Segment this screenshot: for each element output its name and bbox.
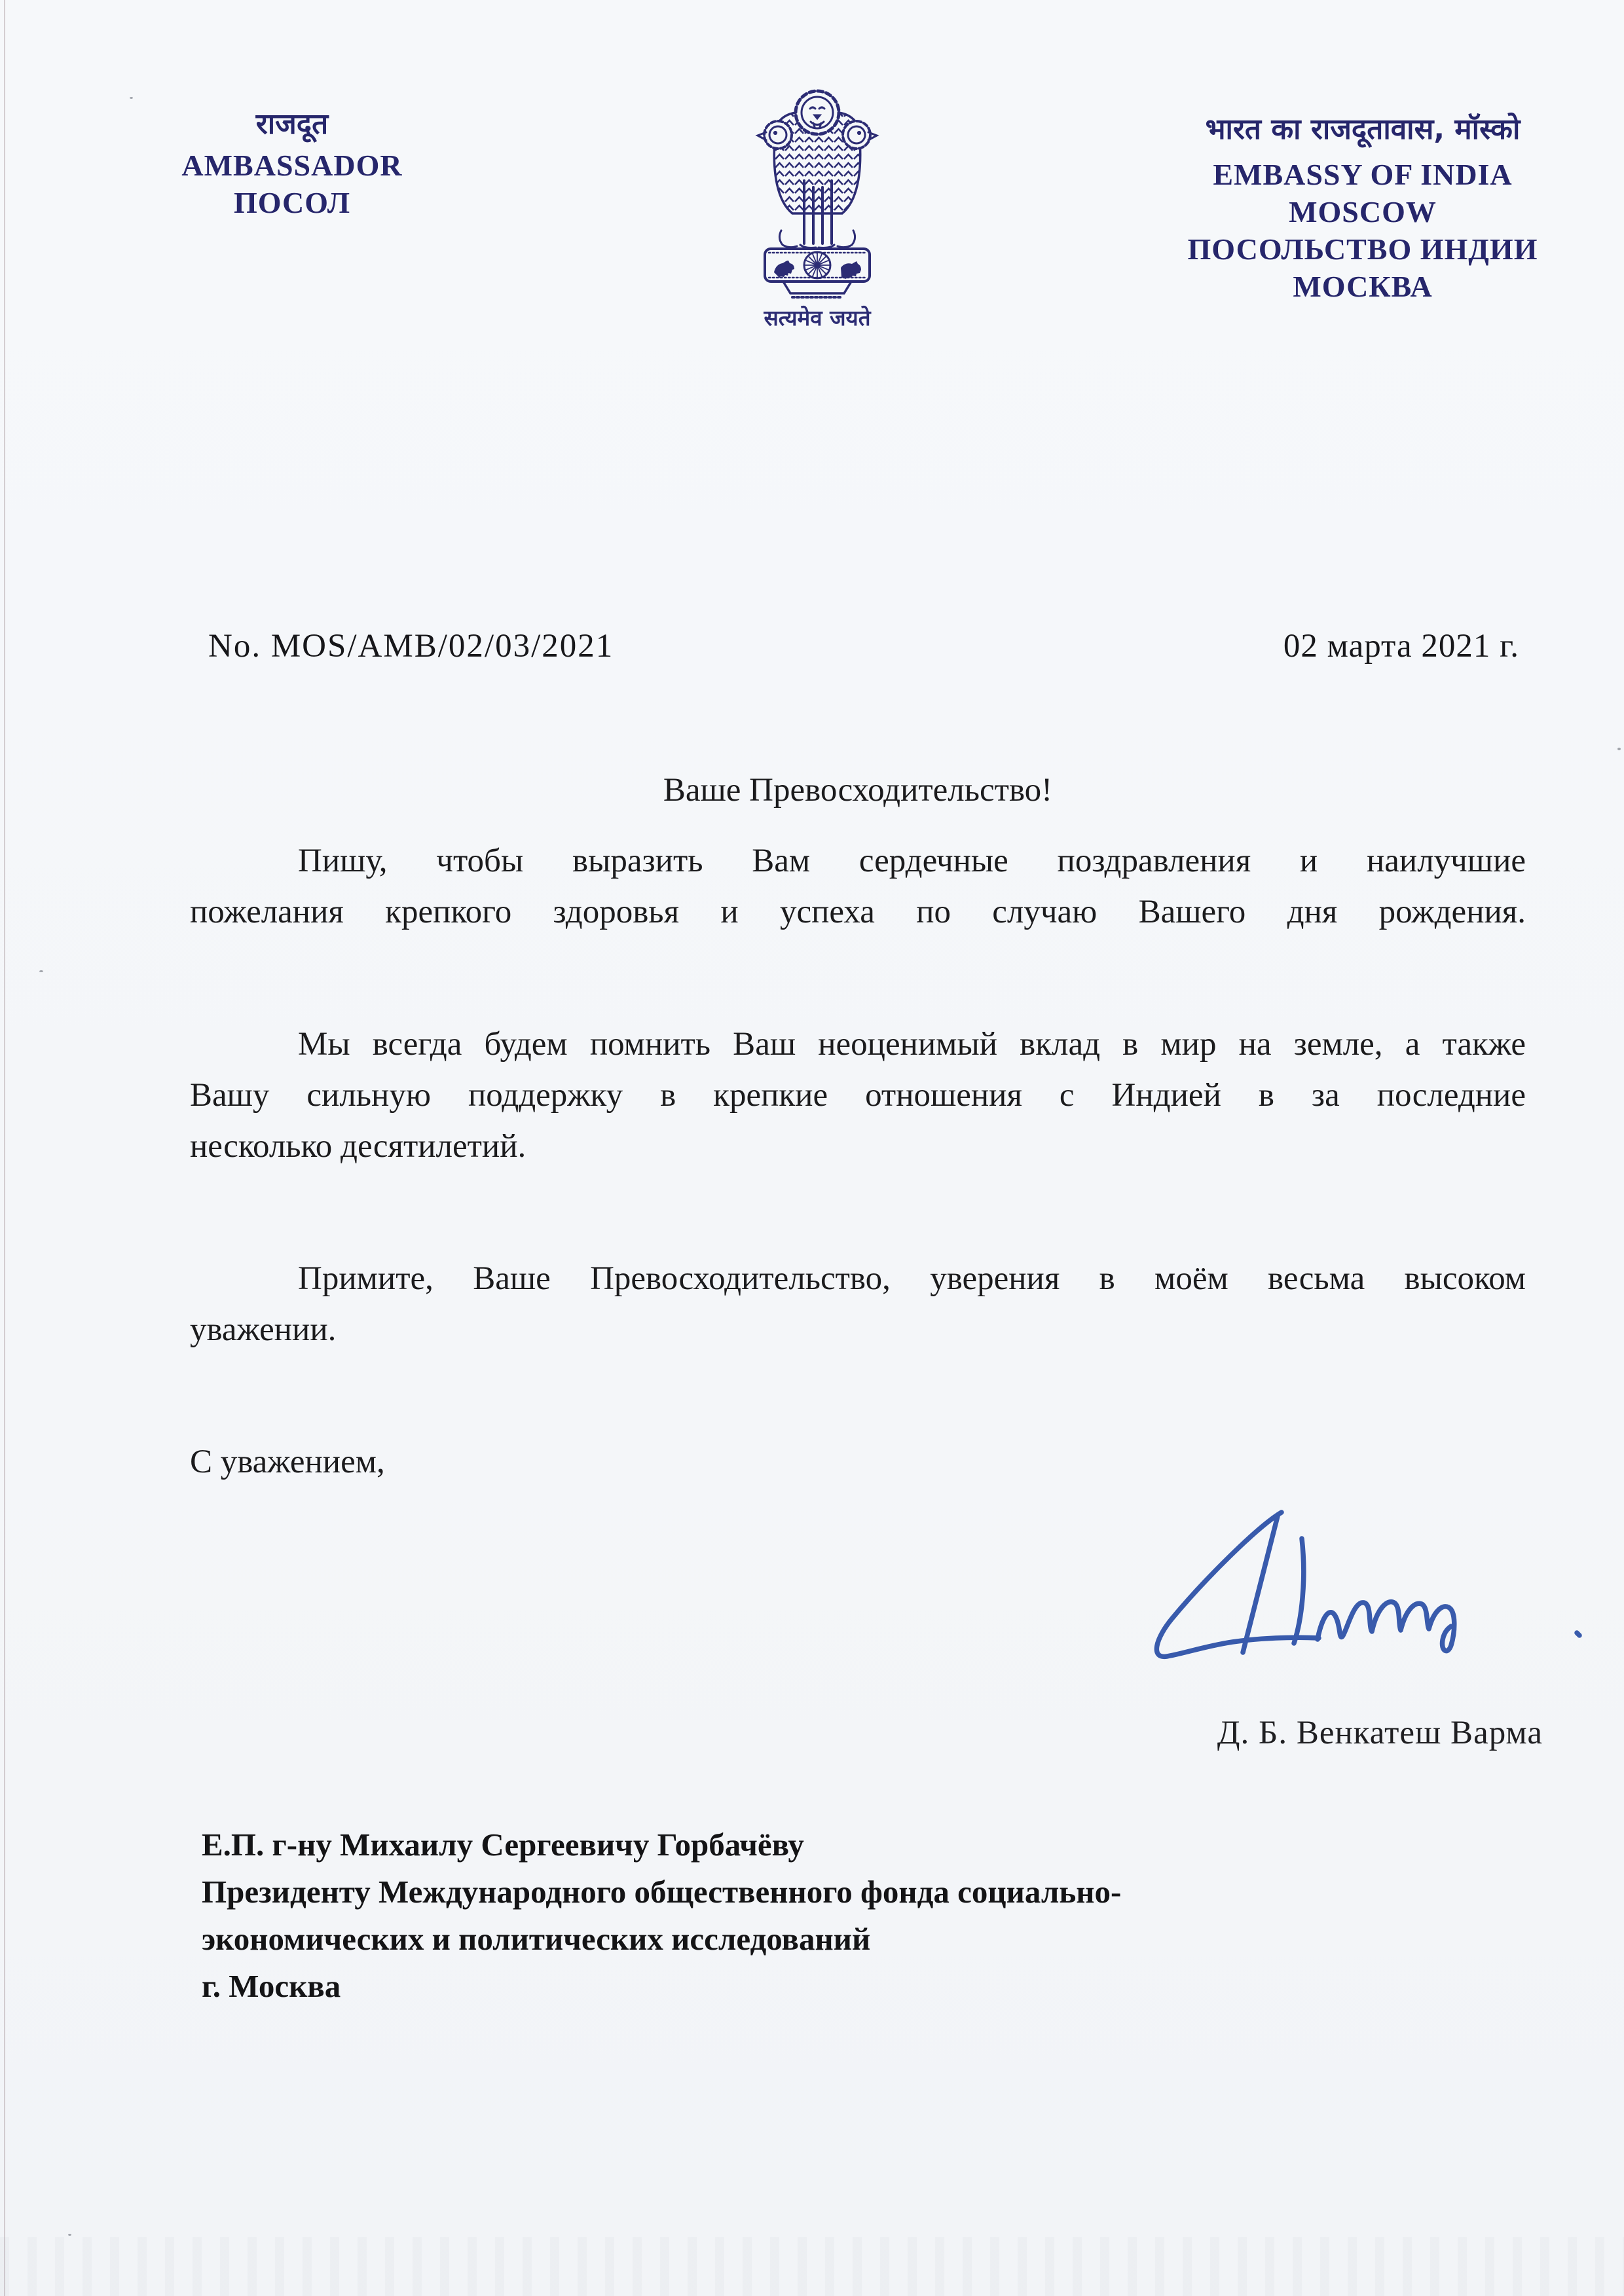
scan-bottom-noise (0, 2237, 1624, 2296)
body-line: Вашу сильную поддержку в крепкие отношен… (190, 1070, 1526, 1121)
embassy-english-label: EMBASSY OF INDIA (1114, 156, 1612, 193)
closing-phrase: С уважением, (190, 1436, 1526, 1487)
letterhead-left-block: राजदूत AMBASSADOR ПОСОЛ (128, 105, 456, 221)
recipient-line: Президенту Международного общественного … (202, 1868, 1348, 1916)
recipient-line: Е.П. г-ну Михаилу Сергеевичу Горбачёву (202, 1821, 1348, 1868)
body-paragraph: Пишу, чтобы выразить Вам сердечные поздр… (190, 835, 1526, 938)
embassy-hindi-label: भारत का राजदूतावास, मॉस्को (1114, 110, 1612, 149)
signatory-name: Д. Б. Венкатеш Варма (1217, 1714, 1543, 1752)
body-paragraphs: Пишу, чтобы выразить Вам сердечные поздр… (190, 835, 1526, 1355)
scan-speck (130, 97, 133, 99)
reference-number: No. MOS/AMB/02/03/2021 (190, 627, 614, 665)
handwritten-signature (1126, 1501, 1598, 1684)
body-paragraph: Мы всегда будем помнить Ваш неоценимый в… (190, 1019, 1526, 1172)
recipient-line: г. Москва (202, 1963, 1348, 2010)
reference-row: No. MOS/AMB/02/03/2021 02 марта 2021 г. (190, 627, 1526, 665)
emblem-motto: सत्यमेव जयते (719, 302, 915, 332)
body-paragraph: Примите, Ваше Превосходительство, уверен… (190, 1253, 1526, 1355)
lion-capital-emblem-icon (745, 76, 889, 302)
body-line: уважении. (190, 1304, 1526, 1355)
scanned-letter-page: राजदूत AMBASSADOR ПОСОЛ (0, 0, 1624, 2296)
embassy-russian-label: ПОСОЛЬСТВО ИНДИИ (1114, 230, 1612, 268)
embassy-city-russian-label: МОСКВА (1114, 268, 1612, 305)
body-line: Примите, Ваше Превосходительство, уверен… (190, 1253, 1526, 1304)
scan-speck (39, 970, 43, 972)
ambassador-russian-label: ПОСОЛ (128, 184, 456, 221)
letter-date: 02 марта 2021 г. (1283, 627, 1526, 665)
scan-speck (1617, 748, 1621, 750)
scan-edge-line (4, 0, 5, 2296)
body-line: несколько десятилетий. (190, 1121, 1526, 1172)
embassy-city-english-label: MOSCOW (1114, 193, 1612, 230)
body-line: Пишу, чтобы выразить Вам сердечные поздр… (190, 835, 1526, 886)
letter-body: Ваше Превосходительство! Пишу, чтобы выр… (190, 765, 1526, 1487)
letterhead-right-block: भारत का राजदूतावास, मॉस्को EMBASSY OF IN… (1114, 110, 1612, 305)
recipient-block: Е.П. г-ну Михаилу Сергеевичу ГорбачёвуПр… (202, 1821, 1348, 2010)
body-line: Мы всегда будем помнить Ваш неоценимый в… (190, 1019, 1526, 1070)
ambassador-english-label: AMBASSADOR (128, 147, 456, 184)
ambassador-hindi-label: राजदूत (128, 105, 456, 144)
recipient-line: экономических и политических исследовани… (202, 1916, 1348, 1963)
scan-speck (68, 2234, 71, 2236)
salutation: Ваше Превосходительство! (190, 765, 1526, 816)
body-line: пожелания крепкого здоровья и успеха по … (190, 886, 1526, 938)
